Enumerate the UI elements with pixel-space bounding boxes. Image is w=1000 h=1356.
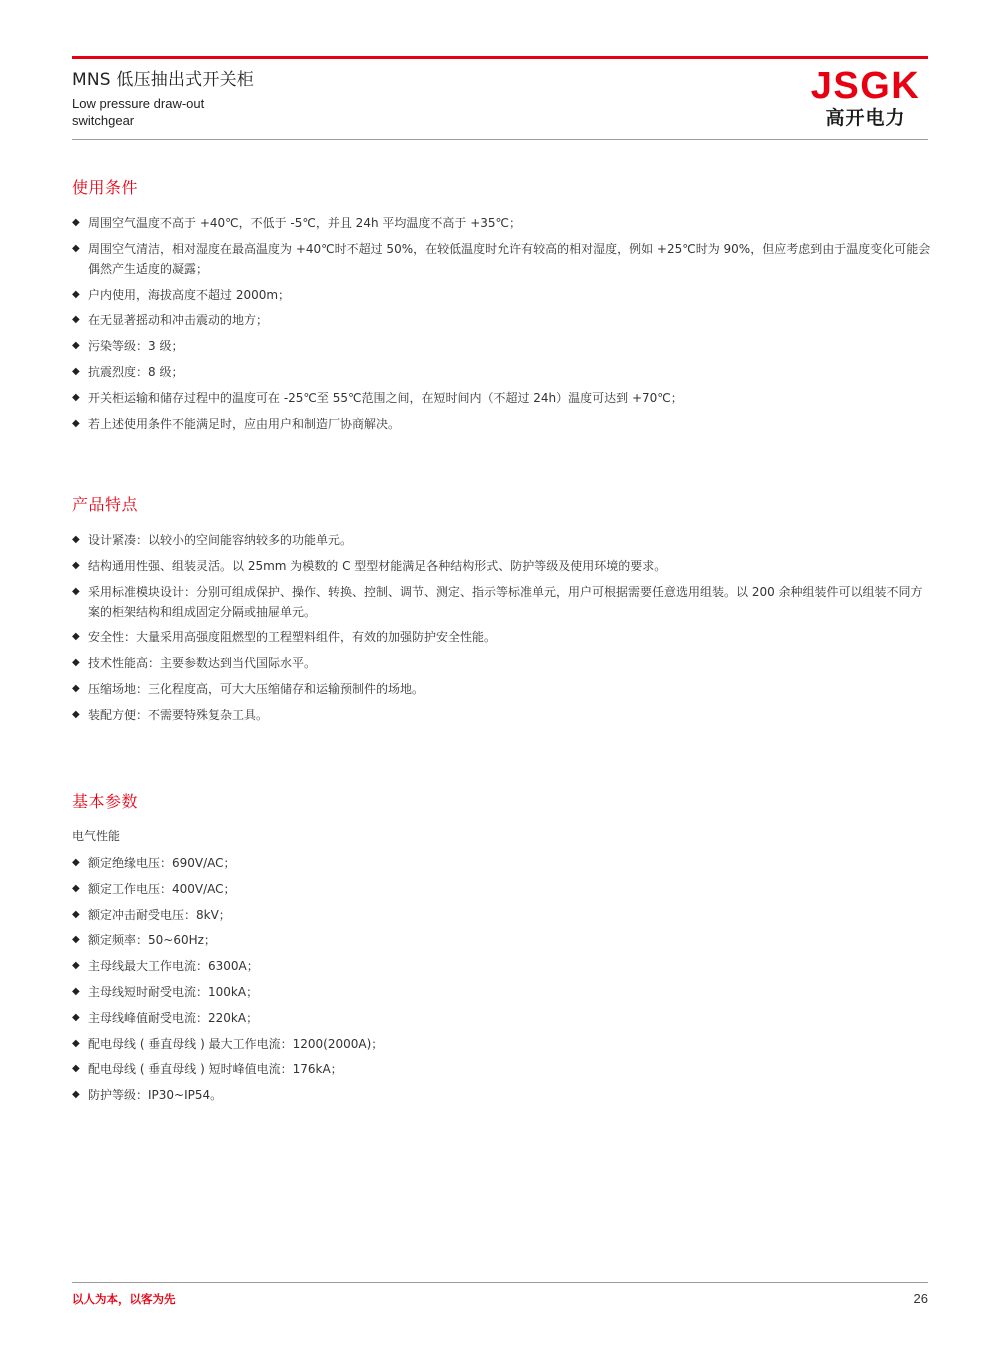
list-item: ◆安全性：大量采用高强度阻燃型的工程塑料组件，有效的加强防护安全性能。 [72,627,932,647]
list-item: ◆装配方便：不需要特殊复杂工具。 [72,705,932,725]
list-item: ◆设计紧凑：以较小的空间能容纳较多的功能单元。 [72,530,932,550]
page-subtitle-line-1: Low pressure draw-out [72,95,254,112]
list-item: ◆结构通用性强、组装灵活。以 25mm 为模数的 C 型型材能满足各种结构形式、… [72,556,932,576]
basic-parameters-list: ◆额定绝缘电压：690V/AC； ◆额定工作电压：400V/AC； ◆额定冲击耐… [72,853,932,1105]
page-title: MNS 低压抽出式开关柜 [72,68,254,92]
diamond-bullet-icon: ◆ [72,982,80,1002]
diamond-bullet-icon: ◆ [72,1008,80,1028]
section-product-features: 产品特点 ◆设计紧凑：以较小的空间能容纳较多的功能单元。 ◆结构通用性强、组装灵… [72,494,932,731]
diamond-bullet-icon: ◆ [72,1034,80,1054]
usage-conditions-list: ◆周围空气温度不高于 +40℃，不低于 -5℃，并且 24h 平均温度不高于 +… [72,213,932,434]
list-item: ◆周围空气温度不高于 +40℃，不低于 -5℃，并且 24h 平均温度不高于 +… [72,213,932,233]
diamond-bullet-icon: ◆ [72,362,80,382]
diamond-bullet-icon: ◆ [72,285,80,305]
section-title: 使用条件 [72,177,932,199]
diamond-bullet-icon: ◆ [72,582,80,602]
subsection-title-electrical: 电气性能 [72,827,932,845]
diamond-bullet-icon: ◆ [72,556,80,576]
diamond-bullet-icon: ◆ [72,414,80,434]
list-item: ◆周围空气清洁，相对湿度在最高温度为 +40℃时不超过 50%，在较低温度时允许… [72,239,932,279]
diamond-bullet-icon: ◆ [72,310,80,330]
list-item: ◆开关柜运输和储存过程中的温度可在 -25℃至 55℃范围之间，在短时间内（不超… [72,388,932,408]
list-item: ◆在无显著摇动和冲击震动的地方； [72,310,932,330]
diamond-bullet-icon: ◆ [72,239,80,259]
diamond-bullet-icon: ◆ [72,853,80,873]
list-item: ◆主母线峰值耐受电流：220kA； [72,1008,932,1028]
list-item: ◆污染等级：3 级； [72,336,932,356]
section-basic-parameters: 基本参数 电气性能 ◆额定绝缘电压：690V/AC； ◆额定工作电压：400V/… [72,791,932,1111]
list-item: ◆户内使用，海拔高度不超过 2000m； [72,285,932,305]
diamond-bullet-icon: ◆ [72,705,80,725]
brand-logo: JSGK 高开电力 [803,66,928,130]
section-title: 产品特点 [72,494,932,516]
section-usage-conditions: 使用条件 ◆周围空气温度不高于 +40℃，不低于 -5℃，并且 24h 平均温度… [72,177,932,439]
footer-divider [72,1282,928,1283]
list-item: ◆技术性能高：主要参数达到当代国际水平。 [72,653,932,673]
brand-logo-en: JSGK [803,66,928,106]
list-item: ◆采用标准模块设计：分别可组成保护、操作、转换、控制、调节、测定、指示等标准单元… [72,582,932,622]
list-item: ◆防护等级：IP30~IP54。 [72,1085,932,1105]
list-item: ◆额定频率：50~60Hz； [72,930,932,950]
diamond-bullet-icon: ◆ [72,653,80,673]
page-subtitle-line-2: switchgear [72,112,254,129]
list-item: ◆配电母线 ( 垂直母线 ) 短时峰值电流：176kA； [72,1059,932,1079]
diamond-bullet-icon: ◆ [72,956,80,976]
section-title: 基本参数 [72,791,932,813]
diamond-bullet-icon: ◆ [72,930,80,950]
list-item: ◆压缩场地：三化程度高，可大大压缩储存和运输预制件的场地。 [72,679,932,699]
diamond-bullet-icon: ◆ [72,213,80,233]
brand-logo-cn: 高开电力 [803,106,928,130]
diamond-bullet-icon: ◆ [72,1085,80,1105]
list-item: ◆若上述使用条件不能满足时，应由用户和制造厂协商解决。 [72,414,932,434]
product-features-list: ◆设计紧凑：以较小的空间能容纳较多的功能单元。 ◆结构通用性强、组装灵活。以 2… [72,530,932,725]
list-item: ◆额定绝缘电压：690V/AC； [72,853,932,873]
diamond-bullet-icon: ◆ [72,530,80,550]
list-item: ◆抗震烈度：8 级； [72,362,932,382]
diamond-bullet-icon: ◆ [72,905,80,925]
document-header: MNS 低压抽出式开关柜 Low pressure draw-out switc… [72,68,254,129]
diamond-bullet-icon: ◆ [72,627,80,647]
header-divider [72,139,928,140]
diamond-bullet-icon: ◆ [72,388,80,408]
page-subtitle: Low pressure draw-out switchgear [72,95,254,129]
list-item: ◆主母线短时耐受电流：100kA； [72,982,932,1002]
list-item: ◆配电母线 ( 垂直母线 ) 最大工作电流：1200(2000A)； [72,1034,932,1054]
list-item: ◆额定冲击耐受电压：8kV； [72,905,932,925]
diamond-bullet-icon: ◆ [72,879,80,899]
page-number: 26 [914,1291,928,1307]
list-item: ◆主母线最大工作电流：6300A； [72,956,932,976]
list-item: ◆额定工作电压：400V/AC； [72,879,932,899]
diamond-bullet-icon: ◆ [72,1059,80,1079]
diamond-bullet-icon: ◆ [72,336,80,356]
diamond-bullet-icon: ◆ [72,679,80,699]
header-top-rule [72,56,928,59]
footer-slogan: 以人为本，以客为先 [72,1291,176,1307]
